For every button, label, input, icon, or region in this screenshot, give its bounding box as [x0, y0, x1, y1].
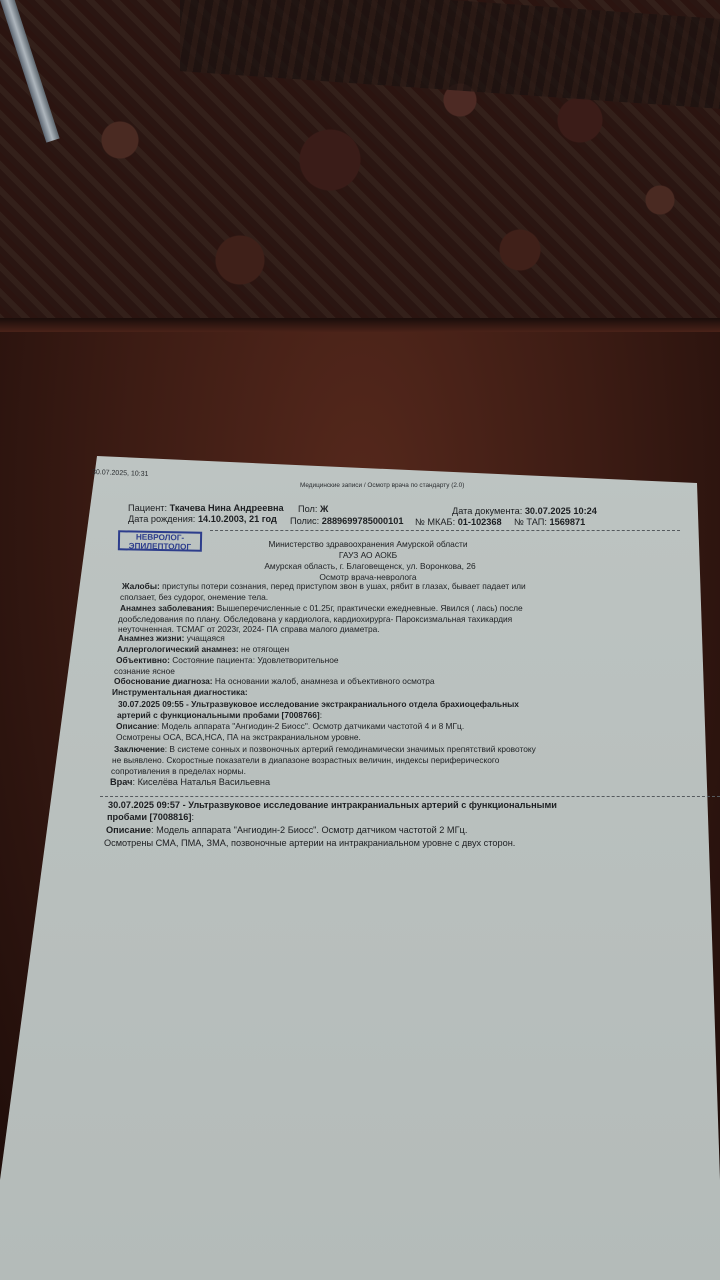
patient-name: Ткачева Нина Андреевна [170, 503, 284, 513]
study-2-title-cont: пробами [7008816]: [107, 812, 194, 822]
objective-cont: сознание ясное [114, 666, 175, 676]
instrumental-diagnostics-heading: Инструментальная диагностика: [112, 687, 248, 697]
specialist-stamp: НЕВРОЛОГ- ЭПИЛЕПТОЛОГ [118, 530, 202, 551]
complaints: Жалобы: приступы потери сознания, перед … [122, 581, 526, 591]
tap-label: № ТАП: [514, 517, 547, 527]
study-1-conclusion-line-3: сопротивления в пределах нормы. [111, 766, 246, 776]
dob-label: Дата рождения: [128, 514, 195, 524]
study-1-description: Описание: Модель аппарата "Ангиодин-2 Би… [116, 721, 464, 731]
form-title: Медицинские записи / Осмотр врача по ста… [300, 482, 464, 489]
complaints-cont: сползает, без судорог, онемение тела. [120, 592, 268, 602]
study-2-title-line-2: пробами [7008816] [107, 812, 191, 822]
history-label: Анамнез заболевания: [120, 603, 214, 613]
diagnosis-basis: Обоснование диагноза: На основании жалоб… [114, 676, 435, 686]
doc-date-value: 30.07.2025 10:24 [525, 506, 597, 516]
study-1-title-suffix: : [320, 710, 322, 720]
institution-name: ГАУЗ АО АОКБ [218, 550, 518, 560]
header-divider [210, 530, 680, 531]
objective: Объективно: Состояние пациента: Удовлетв… [116, 655, 339, 665]
diagnosis-basis-label: Обоснование диагноза: [114, 676, 213, 686]
study-1-conclusion-line-2: не выявлено. Скоростные показатели в диа… [112, 755, 499, 765]
sex-label: Пол: [298, 504, 317, 514]
study-1-description-text: : Модель аппарата "Ангиодин-2 Биосс". Ос… [157, 721, 464, 731]
policy-value: 2889699785000101 [322, 516, 404, 526]
complaints-label: Жалобы: [122, 581, 160, 591]
document-date-row: Дата документа: 30.07.2025 10:24 [452, 506, 597, 516]
study-1-conclusion: Заключение: В системе сонных и позвоночн… [114, 744, 536, 754]
dob-row: Дата рождения: 14.10.2003, 21 год [128, 514, 277, 524]
mkab-row: № МКАБ: 01-102368 [415, 517, 502, 527]
study-1-title-line-2: артерий с функциональными пробами [70087… [117, 710, 320, 720]
patient-name-row: Пациент: Ткачева Нина Андреевна [128, 503, 284, 513]
objective-text: Состояние пациента: Удовлетворительное [172, 655, 338, 665]
allergy-label: Аллергологический анамнез: [117, 644, 239, 654]
stamp-line-2: ЭПИЛЕПТОЛОГ [120, 541, 200, 551]
allergy-history: Аллергологический анамнез: не отягощен [117, 644, 289, 654]
institution-address: Амурская область, г. Благовещенск, ул. В… [200, 561, 540, 571]
doctor-name: : Киселёва Наталья Васильевна [132, 777, 270, 787]
allergy-text: не отягощен [241, 644, 289, 654]
study-2-title-line-1: 30.07.2025 09:57 - Ультразвуковое исслед… [108, 800, 557, 810]
study-2-description-cont: Осмотрены СМА, ПМА, ЗМА, позвоночные арт… [104, 838, 515, 848]
study-2-description-text: : Модель аппарата "Ангиодин-2 Биосс". Ос… [151, 825, 467, 835]
patient-label: Пациент: [128, 503, 167, 513]
study-1-title: 30.07.2025 09:55 - Ультразвуковое исслед… [118, 699, 519, 709]
study-1-title-line-1: 30.07.2025 09:55 - Ультразвуковое исслед… [118, 699, 519, 709]
dob-value: 14.10.2003, 21 год [198, 514, 277, 524]
instrumental-label: Инструментальная диагностика: [112, 687, 248, 697]
tap-row: № ТАП: 1569871 [514, 517, 585, 527]
study-divider [100, 796, 720, 797]
diagnosis-basis-text: На основании жалоб, анамнеза и объективн… [215, 676, 435, 686]
study-1-title-cont: артерий с функциональными пробами [70087… [117, 710, 322, 720]
life-text: учащаяся [187, 633, 225, 643]
doc-date-label: Дата документа: [452, 506, 522, 516]
sex-value: Ж [320, 504, 328, 514]
study-2-title-suffix: : [191, 812, 194, 822]
study-1-description-label: Описание [116, 721, 157, 731]
mkab-value: 01-102368 [458, 517, 502, 527]
life-history: Анамнез жизни: учащаяся [118, 633, 225, 643]
history-line-2: дообследования по плану. Обследована у к… [118, 614, 512, 624]
study-2-title: 30.07.2025 09:57 - Ультразвуковое исслед… [108, 800, 557, 810]
study-2-description: Описание: Модель аппарата "Ангиодин-2 Би… [106, 825, 467, 835]
objective-label: Объективно: [116, 655, 170, 665]
complaints-text: приступы потери сознания, перед приступо… [162, 581, 526, 591]
study-1-description-cont: Осмотрены ОСА, ВСА,НСА, ПА на экстракран… [116, 732, 361, 742]
history-text: Вышеперечисленные с 01.25г, практически … [217, 603, 523, 613]
print-timestamp: 30.07.2025, 10:31 [92, 469, 149, 478]
study-2-description-label: Описание [106, 825, 151, 835]
policy-row: Полис: 2889699785000101 [290, 516, 403, 526]
tap-value: 1569871 [549, 517, 585, 527]
document-content: 30.07.2025, 10:31 Медицинские записи / О… [0, 0, 720, 1280]
patient-sex-row: Пол: Ж [298, 504, 328, 514]
disease-history: Анамнез заболевания: Вышеперечисленные с… [120, 603, 523, 613]
ministry-name: Министерство здравоохранения Амурской об… [218, 539, 518, 549]
study-1-doctor: Врач: Киселёва Наталья Васильевна [110, 777, 270, 787]
study-1-conclusion-text: : В системе сонных и позвоночных артерий… [165, 744, 536, 754]
mkab-label: № МКАБ: [415, 517, 455, 527]
doctor-label: Врач [110, 777, 132, 787]
policy-label: Полис: [290, 516, 319, 526]
life-label: Анамнез жизни: [118, 633, 184, 643]
study-1-conclusion-label: Заключение [114, 744, 165, 754]
